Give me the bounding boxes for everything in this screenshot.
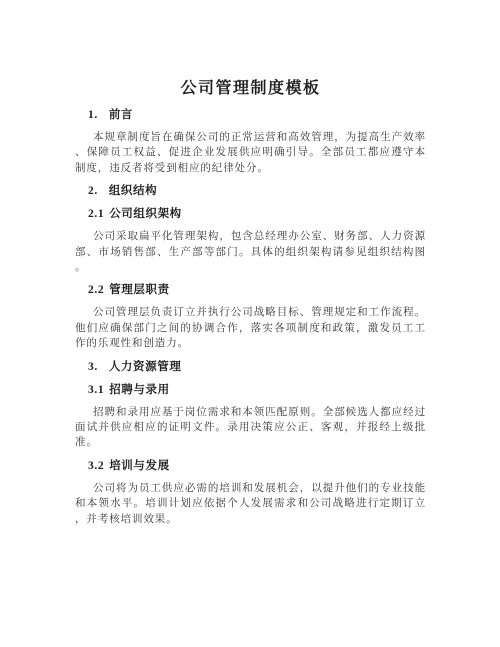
paragraph-management-duties: 公司管理层负责订立并执行公司战略目标、管理规定和工作流程。他们应确保部门之间的协… bbox=[75, 305, 426, 351]
subsection-heading-recruitment: 3.1招聘与录用 bbox=[88, 383, 426, 398]
section-heading-foreword: 1.前言 bbox=[88, 108, 426, 123]
paragraph-recruitment: 招聘和录用应基于岗位需求和本领匹配原则。全部候选人都应经过面试并供应相应的证明文… bbox=[75, 405, 426, 451]
section-number: 2. bbox=[88, 185, 98, 197]
subsection-number: 2.2 bbox=[88, 284, 104, 296]
subsection-title: 招聘与录用 bbox=[109, 384, 170, 396]
subsection-title: 管理层职责 bbox=[109, 284, 170, 296]
subsection-number: 3.2 bbox=[88, 460, 104, 472]
paragraph-org-structure: 公司采取扁平化管理架构，包含总经理办公室、财务部、人力资源部、市场销售部、生产部… bbox=[75, 229, 426, 275]
section-title: 前言 bbox=[109, 109, 133, 121]
subsection-heading-management-duties: 2.2管理层职责 bbox=[88, 283, 426, 298]
paragraph-training: 公司将为员工供应必需的培训和发展机会，以提升他们的专业技能和本领水平。培训计划应… bbox=[75, 481, 426, 527]
subsection-heading-training: 3.2培训与发展 bbox=[88, 459, 426, 474]
subsection-number: 2.1 bbox=[88, 208, 104, 220]
subsection-number: 3.1 bbox=[88, 384, 104, 396]
subsection-heading-org-structure: 2.1公司组织架构 bbox=[88, 207, 426, 222]
section-title: 组织结构 bbox=[109, 185, 157, 197]
section-heading-organization: 2.组织结构 bbox=[88, 184, 426, 199]
section-title: 人力资源管理 bbox=[109, 361, 182, 373]
section-number: 1. bbox=[88, 109, 98, 121]
subsection-title: 培训与发展 bbox=[109, 460, 170, 472]
section-heading-hr: 3.人力资源管理 bbox=[88, 360, 426, 375]
subsection-title: 公司组织架构 bbox=[109, 208, 182, 220]
section-number: 3. bbox=[88, 361, 98, 373]
document-page: 公司管理制度模板 1.前言 本规章制度旨在确保公司的正常运营和高效管理，为提高生… bbox=[0, 0, 500, 647]
document-title: 公司管理制度模板 bbox=[75, 78, 426, 100]
paragraph-foreword: 本规章制度旨在确保公司的正常运营和高效管理，为提高生产效率、保障员工权益、促进企… bbox=[75, 130, 426, 176]
